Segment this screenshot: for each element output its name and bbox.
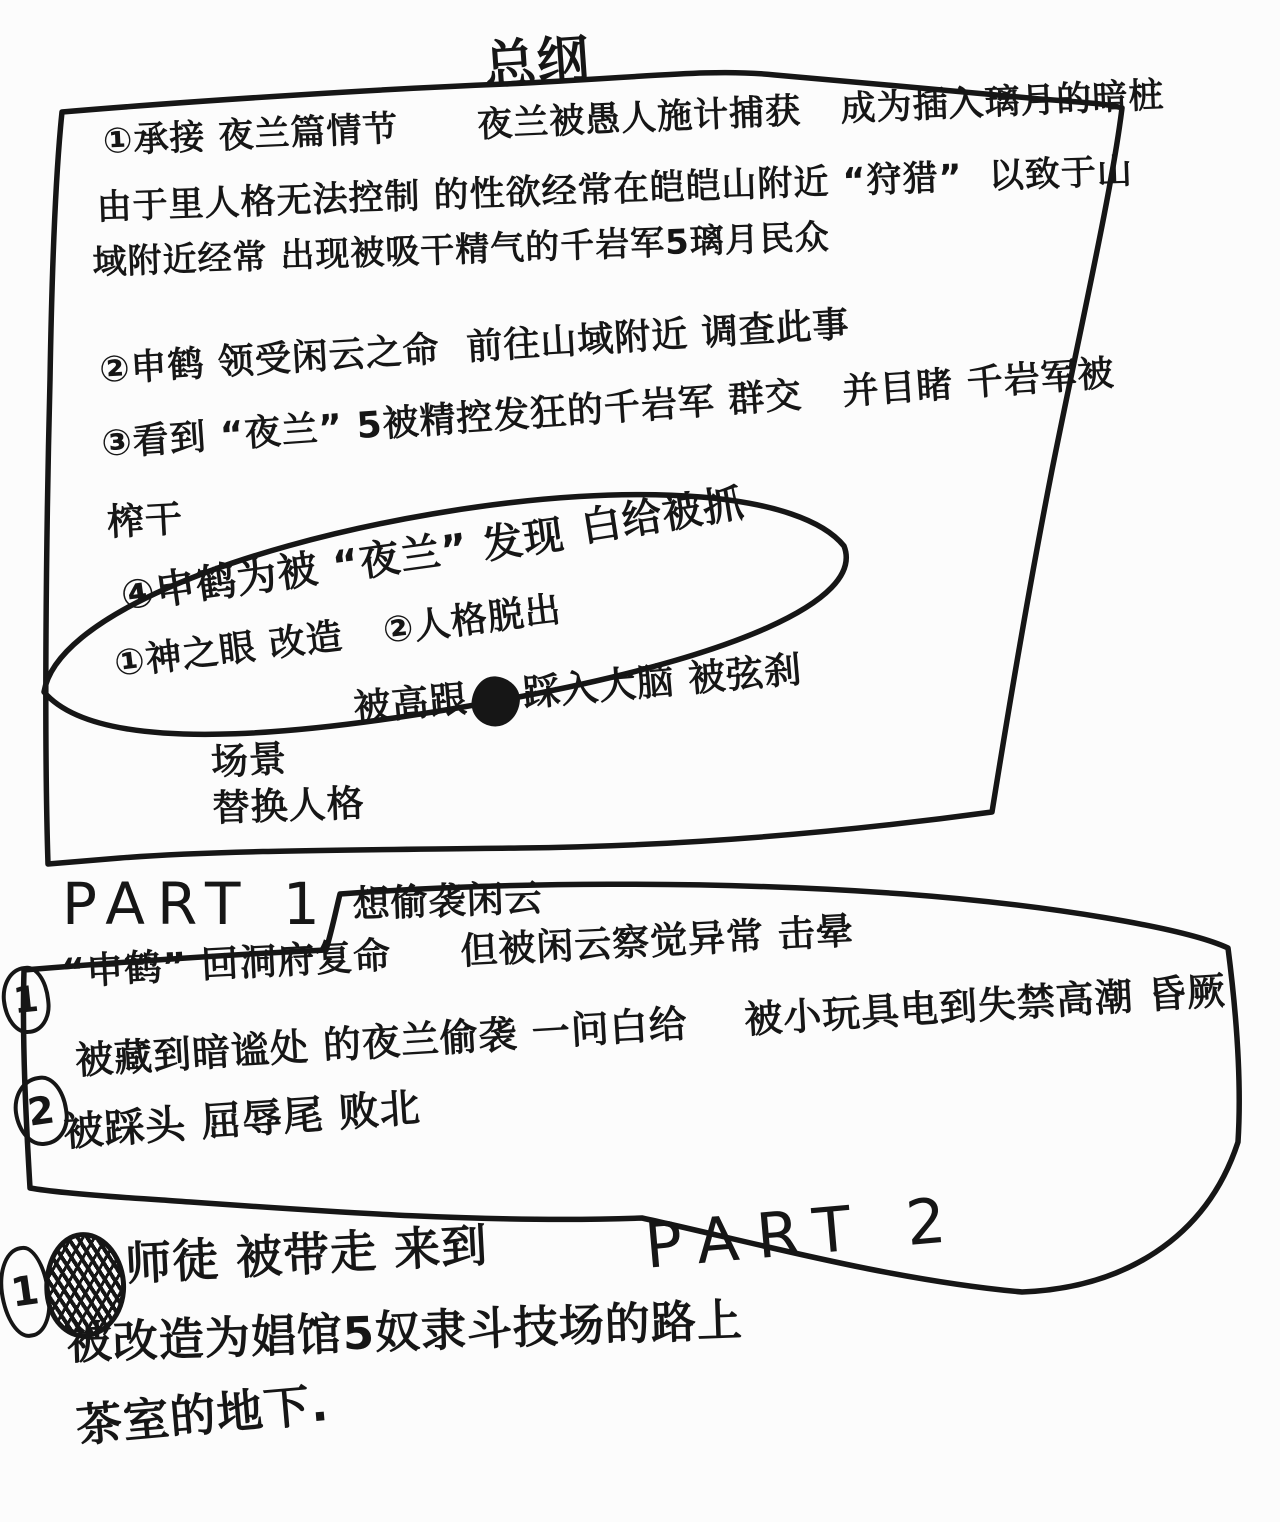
- bottom-item-digit: 1: [8, 1267, 42, 1316]
- outline-line-3: 域附近经常 出现被吸干精气的千岩军5璃月民众: [92, 218, 830, 283]
- outline-line-4: ②申鹤 领受闲云之命 前往山域附近 调查此事: [98, 304, 851, 391]
- outline-line-6: 榨干: [106, 498, 184, 544]
- handwritten-note-page: 总纲 ①承接 夜兰篇情节 夜兰被愚人施计捕获 成为插入璃月的暗桩 由于里人格无法…: [0, 0, 1280, 1522]
- part1-item-1-number: 1: [0, 964, 53, 1037]
- part1-line-3: 被踩头 屈辱尾 败北: [62, 1085, 422, 1156]
- outline-line-1: ①承接 夜兰篇情节 夜兰被愚人施计捕获 成为插入璃月的暗桩: [102, 76, 1165, 163]
- part1-item-1-digit: 1: [11, 978, 40, 1021]
- part1-line-2: 被藏到暗谧处 的夜兰偷袭 一问白给 被小玩具电到失禁高潮 昏厥: [74, 970, 1227, 1084]
- part1-item-2-digit: 2: [25, 1087, 57, 1134]
- redaction-scribble-blob: [470, 674, 522, 728]
- outline-line-2: 由于里人格无法控制 的性欲经常在皑皑山附近 “狩猎” 以致于山: [96, 152, 1134, 228]
- outline-line-9b: 踩入大脑 被弦刹: [521, 649, 804, 716]
- outline-line-9: 被高跟 踩入大脑 被弦刹: [352, 649, 804, 731]
- bottom-line-1: 师徒 被带走 来到: [124, 1219, 489, 1291]
- part1-note: 想偷袭闲云: [352, 877, 543, 926]
- outline-line-10: 场景: [210, 738, 288, 784]
- outline-line-9a: 被高跟: [352, 678, 469, 730]
- part2-label: PART 2: [642, 1182, 967, 1283]
- oval-note: 白给被抓: [578, 480, 747, 551]
- outline-line-11: 替换人格: [212, 783, 365, 831]
- bottom-line-3: 茶室的地下.: [74, 1378, 331, 1453]
- part1-label: PART 1: [62, 870, 332, 938]
- bottom-line-2: 被改造为娼馆5奴隶斗技场的路上: [66, 1294, 744, 1369]
- page-title: 总纲: [482, 31, 592, 98]
